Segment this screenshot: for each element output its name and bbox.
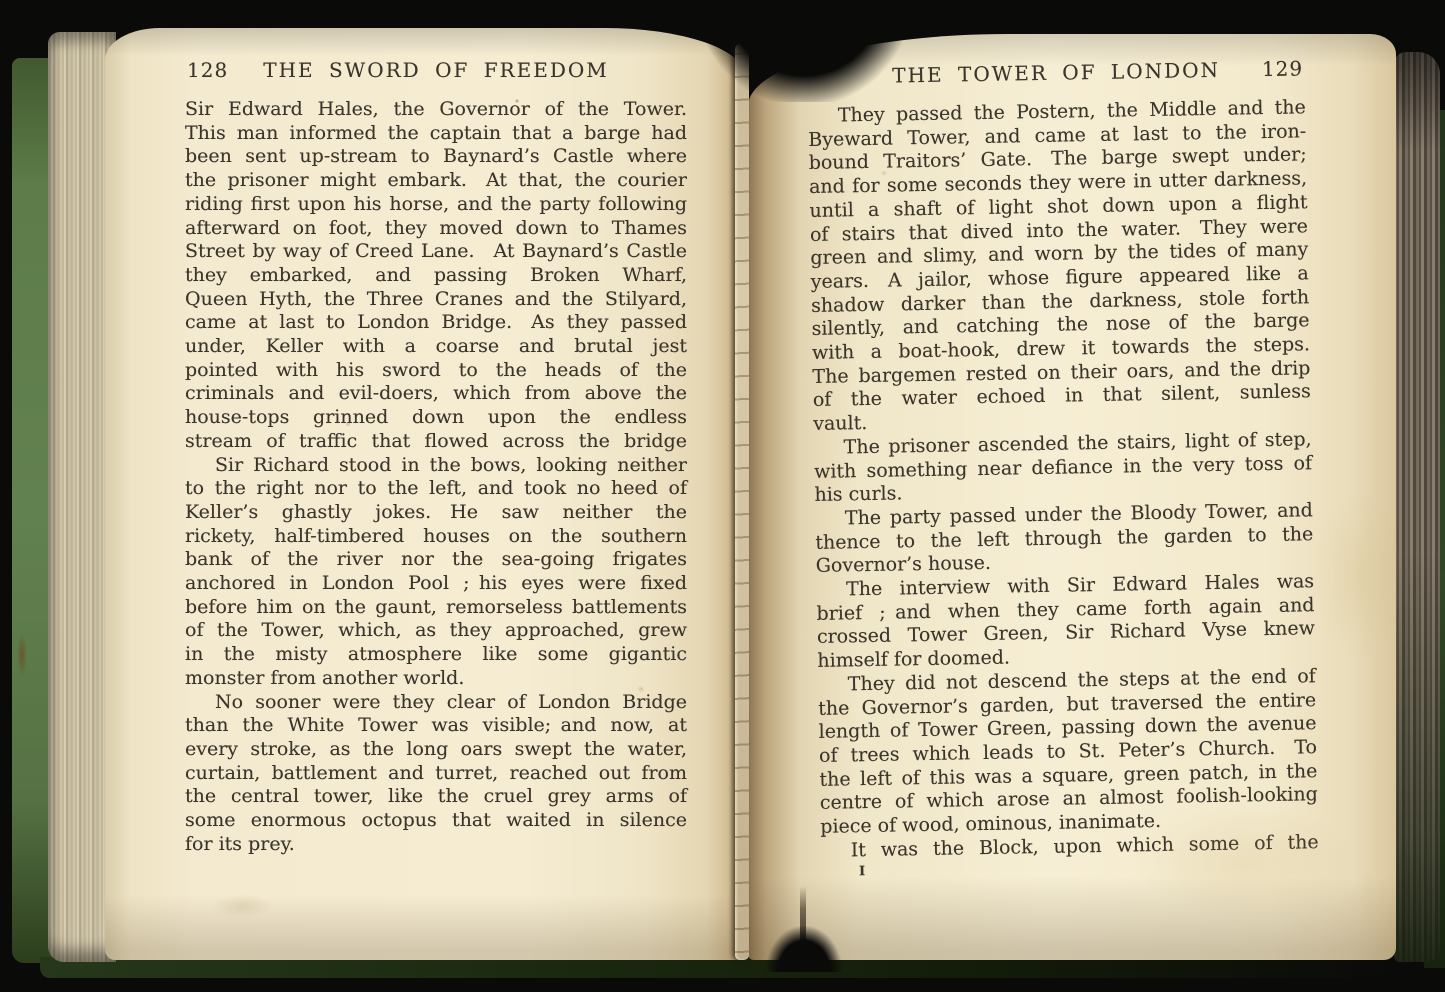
text-line: anchored in London Pool ; his eyes were … bbox=[185, 572, 687, 596]
left-page-text-block: 128 THE SWORD OF FREEDOM Sir Edward Hale… bbox=[185, 58, 687, 857]
left-page-body: Sir Edward Hales, the Governor of the To… bbox=[185, 98, 687, 857]
right-page-body: They passed the Postern, the Middle and … bbox=[808, 96, 1319, 863]
paragraph: Sir Richard stood in the bows, looking n… bbox=[185, 454, 687, 691]
paragraph: The prisoner ascended the stairs, light … bbox=[813, 428, 1312, 508]
text-line: This man informed the captain that a bar… bbox=[185, 122, 687, 146]
left-running-title: THE SWORD OF FREEDOM bbox=[185, 58, 687, 82]
paragraph: The party passed under the Bloody Tower,… bbox=[815, 499, 1314, 579]
text-line: the central tower, like the cruel grey a… bbox=[185, 785, 687, 809]
text-line: of the Tower, which, as they approached,… bbox=[185, 619, 687, 643]
text-line: rickety, half-timbered houses on the sou… bbox=[185, 525, 687, 549]
paragraph: They did not descend the steps at the en… bbox=[818, 665, 1319, 840]
text-line: under, Keller with a coarse and brutal j… bbox=[185, 335, 687, 359]
text-line: than the White Tower was visible; and no… bbox=[185, 714, 687, 738]
left-page-number: 128 bbox=[187, 58, 228, 82]
text-line: every stroke, as the long oars swept the… bbox=[185, 738, 687, 762]
text-line: Queen Hyth, the Three Cranes and the Sti… bbox=[185, 288, 687, 312]
text-line: they embarked, and passing Broken Wharf, bbox=[185, 264, 687, 288]
right-page-text-block: THE TOWER OF LONDON 129 They passed the … bbox=[807, 56, 1320, 925]
torn-page-remnant bbox=[735, 44, 749, 960]
book-cover-bottom-edge bbox=[40, 957, 1410, 978]
left-page: 128 THE SWORD OF FREEDOM Sir Edward Hale… bbox=[105, 28, 745, 960]
text-line: riding first upon his horse, and the par… bbox=[185, 193, 687, 217]
text-line: before him on the gaunt, remorseless bat… bbox=[185, 596, 687, 620]
text-line: came at last to London Bridge. As they p… bbox=[185, 311, 687, 335]
book-photograph: 128 THE SWORD OF FREEDOM Sir Edward Hale… bbox=[0, 0, 1445, 992]
text-line: monster from another world. bbox=[185, 667, 687, 691]
right-page-block-fore-edge bbox=[1394, 52, 1440, 962]
text-line: the prisoner might embark. At that, the … bbox=[185, 169, 687, 193]
left-page-header: 128 THE SWORD OF FREEDOM bbox=[185, 58, 687, 86]
text-line: Sir Edward Hales, the Governor of the To… bbox=[185, 98, 687, 122]
text-line: No sooner were they clear of London Brid… bbox=[185, 691, 687, 715]
paragraph: The interview with Sir Edward Hales wasb… bbox=[816, 570, 1316, 673]
text-line: afterward on foot, they moved down to Th… bbox=[185, 217, 687, 241]
text-line: in the misty atmosphere like some gigant… bbox=[185, 643, 687, 667]
paragraph: They passed the Postern, the Middle and … bbox=[808, 96, 1312, 436]
text-line: to the right nor to the left, and took n… bbox=[185, 477, 687, 501]
text-line: bank of the river nor the sea-going frig… bbox=[185, 548, 687, 572]
text-line: house-tops grinned down upon the endless bbox=[185, 406, 687, 430]
right-page-number: 129 bbox=[1262, 56, 1304, 81]
paragraph: No sooner were they clear of London Brid… bbox=[185, 691, 687, 857]
gutter-shadow-top bbox=[698, 0, 902, 102]
paragraph: Sir Edward Hales, the Governor of the To… bbox=[185, 98, 687, 454]
text-line: for its prey. bbox=[185, 833, 687, 857]
text-line: some enormous octopus that waited in sil… bbox=[185, 809, 687, 833]
text-line: stream of traffic that flowed across the… bbox=[185, 430, 687, 454]
text-line: curtain, battlement and turret, reached … bbox=[185, 762, 687, 786]
text-line: Sir Richard stood in the bows, looking n… bbox=[185, 454, 687, 478]
text-line: criminals and evil-doers, which from abo… bbox=[185, 382, 687, 406]
text-line: been sent up-stream to Baynard’s Castle … bbox=[185, 145, 687, 169]
text-line: Street by way of Creed Lane. At Baynard’… bbox=[185, 240, 687, 264]
right-page: THE TOWER OF LONDON 129 They passed the … bbox=[748, 34, 1396, 960]
signature-mark: I bbox=[859, 864, 865, 879]
gutter-shadow-bottom bbox=[766, 926, 842, 972]
text-line: Keller’s ghastly jokes. He saw neither t… bbox=[185, 501, 687, 525]
text-line: pointed with his sword to the heads of t… bbox=[185, 359, 687, 383]
